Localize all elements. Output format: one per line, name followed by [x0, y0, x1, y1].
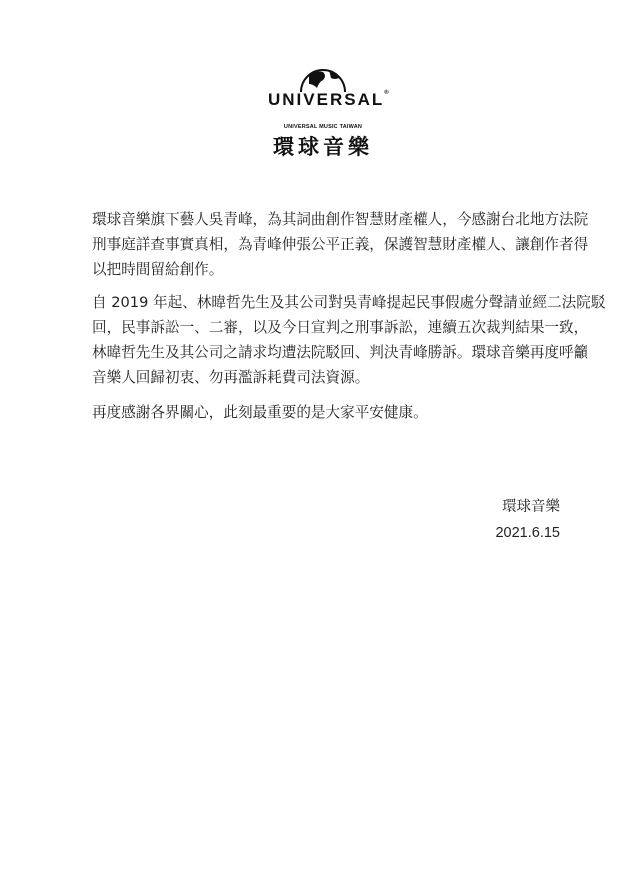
text-line: 音樂人回歸初衷、勿再濫訴耗費司法資源。 — [92, 365, 562, 390]
universal-music-logo: UNIVERSAL® UNIVERSAL MUSIC TAIWAN 環球音樂 — [268, 62, 378, 161]
text-line: 環球音樂旗下藝人吳青峰，為其詞曲創作智慧財產權人，今感謝台北地方法院 — [92, 207, 562, 232]
signature-date: 2021.6.15 — [470, 520, 560, 546]
universal-wordmark: UNIVERSAL® — [268, 90, 378, 110]
signature-company: 環球音樂 — [470, 494, 560, 520]
signature-block: 環球音樂 2021.6.15 — [470, 494, 560, 546]
text-line: 再度感謝各界關心，此刻最重要的是大家平安健康。 — [92, 400, 562, 425]
text-line: 林暐哲先生及其公司之請求均遭法院駁回、判決青峰勝訴。環球音樂再度呼籲 — [92, 340, 562, 365]
paragraph-2: 自 2019 年起、林暐哲先生及其公司對吳青峰提起民事假處分聲請並經二法院駁 回… — [92, 290, 562, 390]
text-line: 刑事庭詳查事實真相，為青峰伸張公平正義，保護智慧財產權人、讓創作者得 — [92, 232, 562, 257]
logo-subtitle: UNIVERSAL MUSIC TAIWAN — [268, 124, 378, 130]
paragraph-3: 再度感謝各界關心，此刻最重要的是大家平安健康。 — [92, 400, 562, 425]
logo-chinese-name: 環球音樂 — [268, 131, 378, 161]
paragraph-1: 環球音樂旗下藝人吳青峰，為其詞曲創作智慧財產權人，今感謝台北地方法院 刑事庭詳查… — [92, 207, 562, 282]
text-line: 自 2019 年起、林暐哲先生及其公司對吳青峰提起民事假處分聲請並經二法院駁 — [92, 290, 562, 315]
text-line: 以把時間留給創作。 — [92, 257, 562, 282]
text-line: 回，民事訴訟一、二審，以及今日宣判之刑事訴訟，連續五次裁判結果一致， — [92, 315, 562, 340]
